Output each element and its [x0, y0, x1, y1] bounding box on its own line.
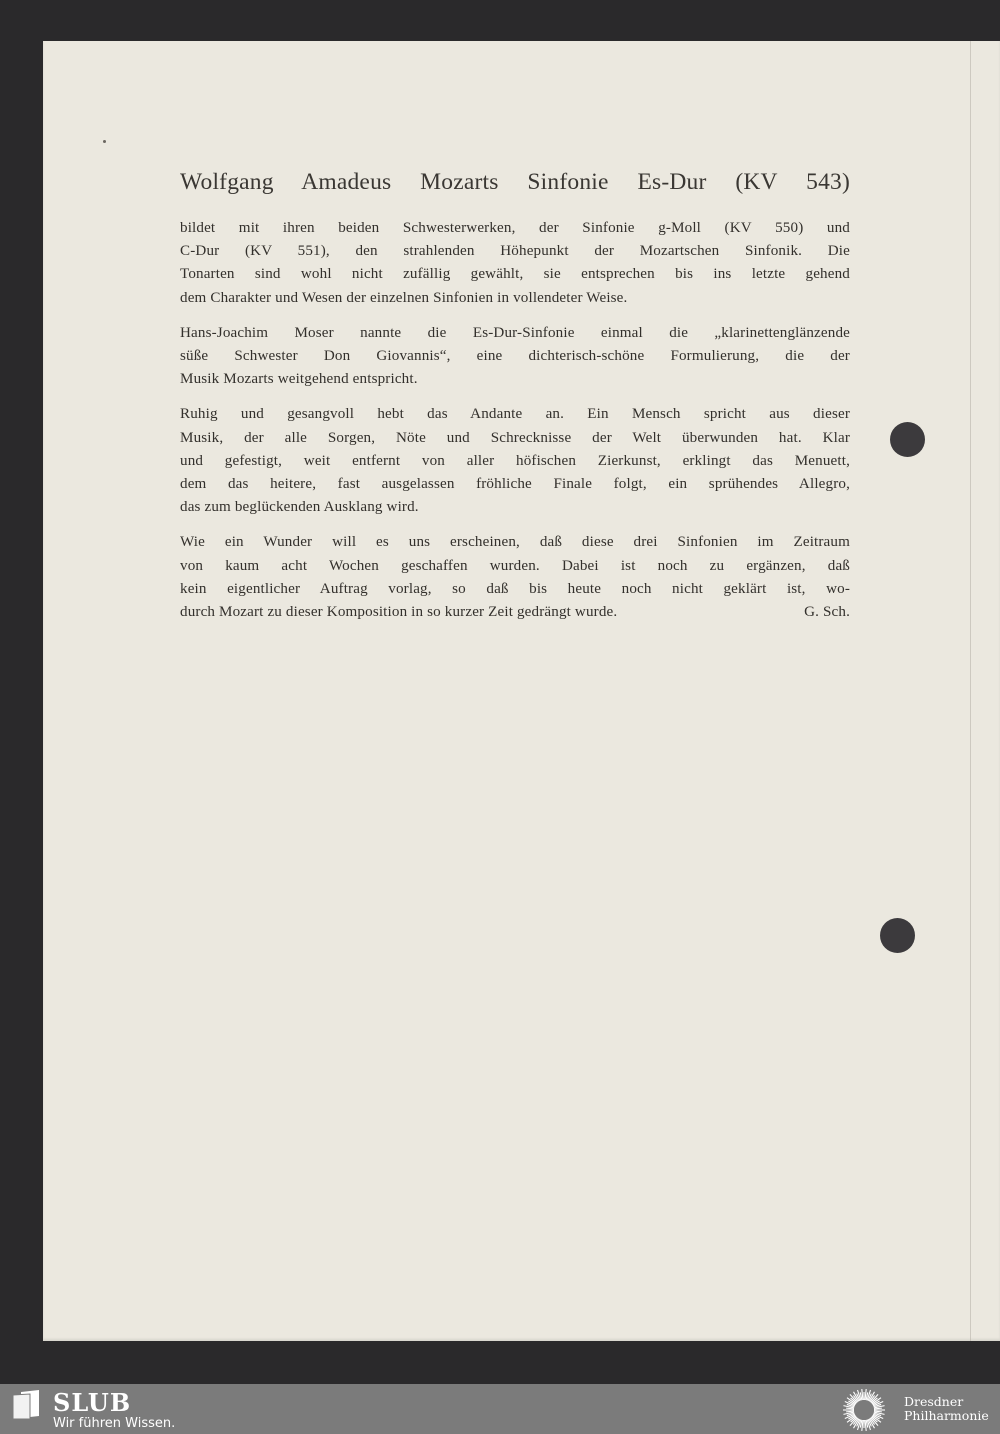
article: Wolfgang Amadeus Mozarts Sinfonie Es-Dur…	[180, 169, 850, 636]
text-line: und gefestigt, weit entfernt von aller h…	[180, 450, 850, 473]
document-page: Wolfgang Amadeus Mozarts Sinfonie Es-Dur…	[43, 41, 1000, 1341]
text-line: C-Dur (KV 551), den strahlenden Höhepunk…	[180, 240, 850, 263]
paragraph-2: Hans-Joachim Moser nannte die Es-Dur-Sin…	[180, 322, 850, 392]
text-line: dem das heitere, fast ausgelassen fröhli…	[180, 473, 850, 496]
slub-tagline: Wir führen Wissen.	[53, 1416, 175, 1431]
paragraph-1: bildet mit ihren beiden Schwesterwerken,…	[180, 217, 850, 310]
punch-hole-icon	[890, 422, 925, 457]
text-line: von kaum acht Wochen geschaffen wurden. …	[180, 555, 850, 578]
paper-speck	[103, 140, 106, 143]
text-line: Tonarten sind wohl nicht zufällig gewähl…	[180, 263, 850, 286]
paragraph-4: Wie ein Wunder will es uns erscheinen, d…	[180, 531, 850, 624]
dresdner-philharmonie-name[interactable]: Dresdner Philharmonie	[904, 1395, 989, 1423]
footer-bar: SLUB Wir führen Wissen. Dresdner Philhar…	[0, 1384, 1000, 1434]
punch-hole-icon	[880, 918, 915, 953]
article-title: Wolfgang Amadeus Mozarts Sinfonie Es-Dur…	[180, 169, 850, 196]
slub-name[interactable]: SLUB	[53, 1388, 131, 1417]
text-line: dem Charakter und Wesen der einzelnen Si…	[180, 287, 850, 310]
text-line: das zum beglückenden Ausklang wird.	[180, 496, 850, 519]
text-line: Musik Mozarts weitgehend entspricht.	[180, 368, 850, 391]
text-line: Wie ein Wunder will es uns erscheinen, d…	[180, 531, 850, 554]
slub-book-icon[interactable]	[12, 1390, 40, 1420]
text-line: bildet mit ihren beiden Schwesterwerken,…	[180, 217, 850, 240]
paragraph-3: Ruhig und gesangvoll hebt das Andante an…	[180, 403, 850, 519]
scan-background: Wolfgang Amadeus Mozarts Sinfonie Es-Dur…	[0, 0, 1000, 1384]
text-line: Musik, der alle Sorgen, Nöte und Schreck…	[180, 427, 850, 450]
text-line: Hans-Joachim Moser nannte die Es-Dur-Sin…	[180, 322, 850, 345]
dresdner-philharmonie-sun-icon[interactable]	[841, 1387, 887, 1433]
text-line: durch Mozart zu dieser Komposition in so…	[180, 601, 617, 624]
author-signature: G. Sch.	[804, 601, 850, 624]
closing-line: durch Mozart zu dieser Komposition in so…	[180, 601, 850, 624]
text-line: süße Schwester Don Giovannis“, eine dich…	[180, 345, 850, 368]
text-line: kein eigentlicher Auftrag vorlag, so daß…	[180, 578, 850, 601]
page-fold-line	[970, 41, 971, 1341]
text-line: Ruhig und gesangvoll hebt das Andante an…	[180, 403, 850, 426]
